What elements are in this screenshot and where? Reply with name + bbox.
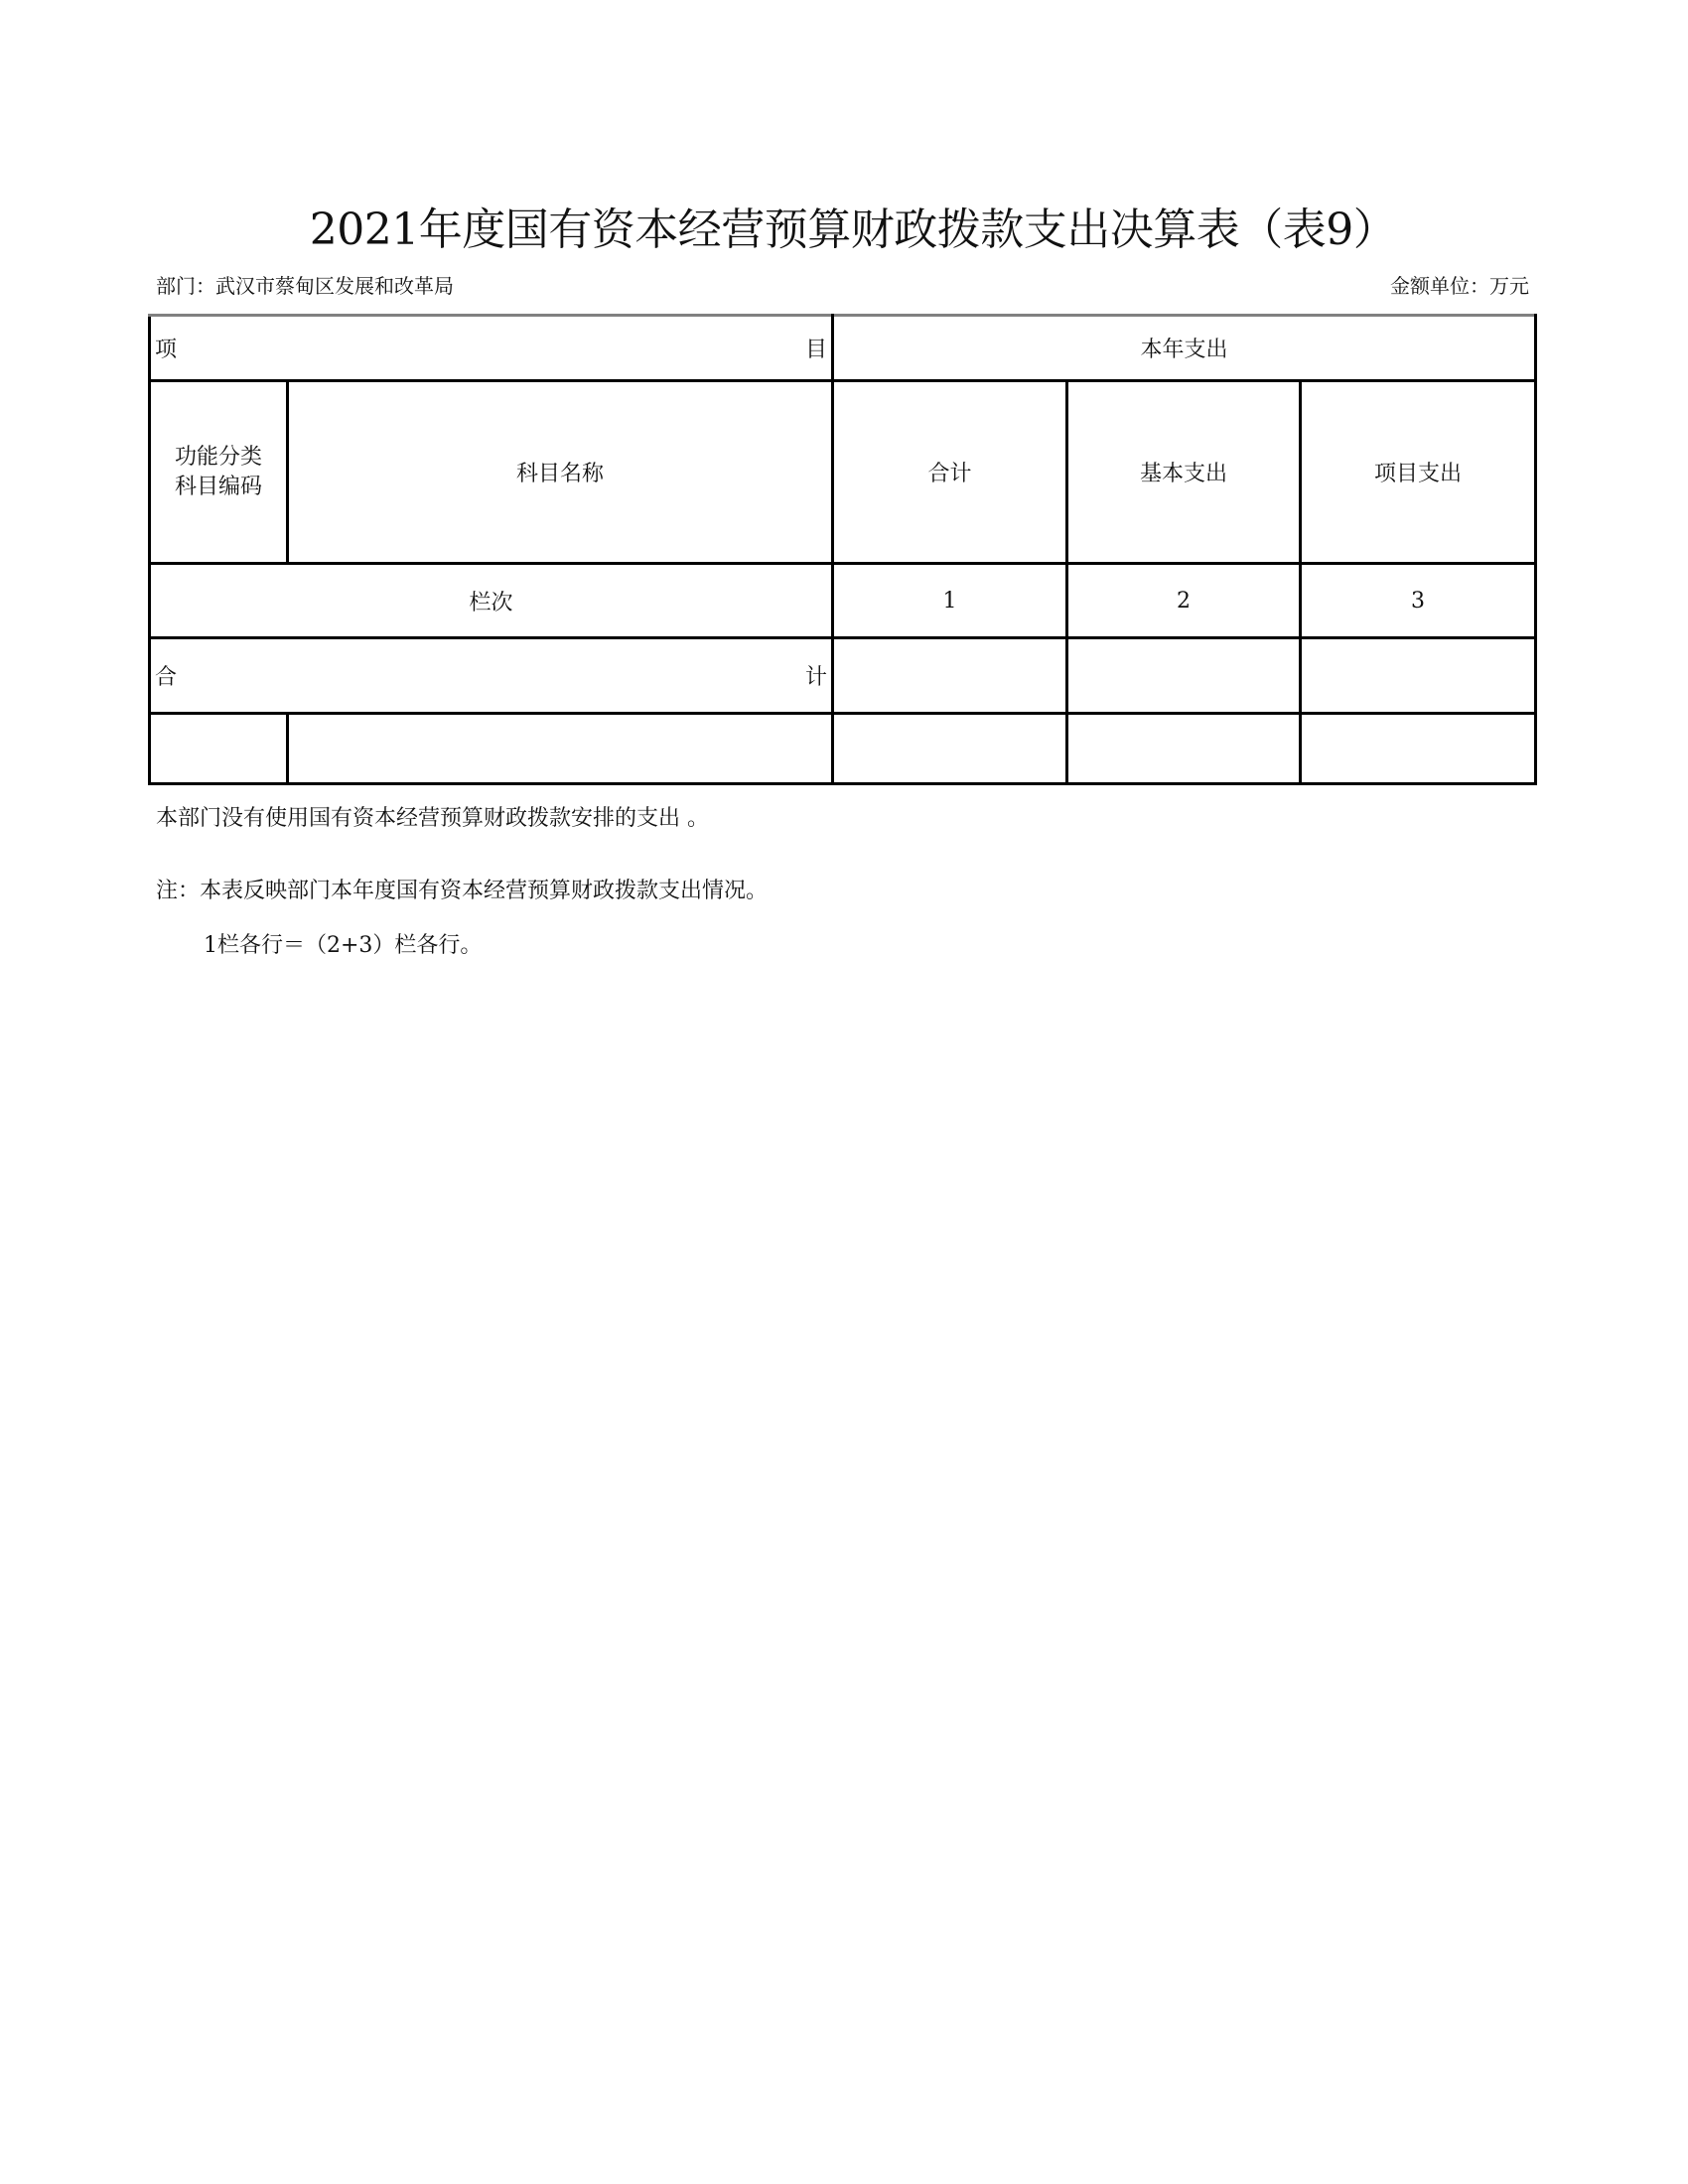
row-project	[1301, 714, 1536, 784]
header-function-code: 功能分类 科目编码	[150, 381, 288, 564]
header-item-right: 目	[805, 333, 827, 363]
header-row-1: 项 目 本年支出	[150, 316, 1536, 381]
header-function-code-line1: 功能分类	[151, 443, 286, 473]
total-label-cell: 合 计	[150, 638, 833, 714]
header-total: 合计	[833, 381, 1067, 564]
total-value-project	[1301, 638, 1536, 714]
header-row-2: 功能分类 科目编码 科目名称 合计 基本支出 项目支出	[150, 381, 1536, 564]
total-row: 合 计	[150, 638, 1536, 714]
table-row	[150, 714, 1536, 784]
total-label-left: 合	[155, 660, 177, 691]
unit-label: 金额单位：万元	[1390, 273, 1529, 299]
column-index-row: 栏次 1 2 3	[150, 564, 1536, 638]
total-value-basic	[1067, 638, 1301, 714]
row-name	[288, 714, 833, 784]
header-function-code-line2: 科目编码	[151, 473, 286, 502]
total-value-total	[833, 638, 1067, 714]
row-basic	[1067, 714, 1301, 784]
header-item-left: 项	[155, 333, 177, 363]
column-index-3: 3	[1301, 564, 1536, 638]
header-basic-expenditure: 基本支出	[1067, 381, 1301, 564]
row-total	[833, 714, 1067, 784]
page-title: 2021年度国有资本经营预算财政拨款支出决算表（表9）	[0, 205, 1688, 256]
header-item-cell: 项 目	[150, 316, 833, 381]
header-current-year-expenditure: 本年支出	[833, 316, 1536, 381]
column-index-1: 1	[833, 564, 1067, 638]
table-note: 注：本表反映部门本年度国有资本经营预算财政拨款支出情况。	[156, 878, 768, 905]
department-label: 部门：武汉市蔡甸区发展和改革局	[156, 273, 454, 299]
formula-note: 1栏各行＝（2+3）栏各行。	[204, 932, 482, 960]
header-project-expenditure: 项目支出	[1301, 381, 1536, 564]
budget-table: 项 目 本年支出 功能分类 科目编码 科目名称 合计 基本支出 项目支出 栏次 …	[148, 314, 1537, 785]
column-index-2: 2	[1067, 564, 1301, 638]
header-subject-name: 科目名称	[288, 381, 833, 564]
total-label-right: 计	[805, 660, 827, 691]
column-index-label: 栏次	[150, 564, 833, 638]
row-code	[150, 714, 288, 784]
no-expenditure-statement: 本部门没有使用国有资本经营预算财政拨款安排的支出 。	[156, 805, 709, 833]
